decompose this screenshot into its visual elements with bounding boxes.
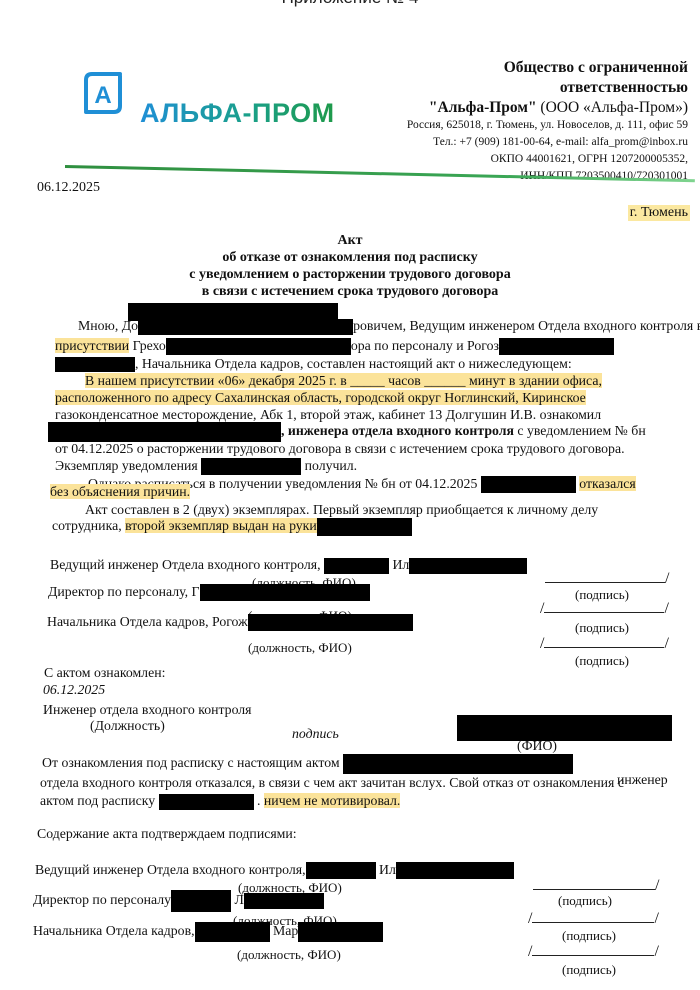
- body-line: , инженера отдела входного контроля с ув…: [48, 422, 646, 442]
- refusal-line: отдела входного контроля отказался, в св…: [40, 775, 624, 791]
- title-line1: Акт: [0, 232, 700, 249]
- company-contacts: Тел.: +7 (909) 181-00-64, e-mail: alfa_p…: [407, 134, 688, 151]
- signature-row: Ведущий инженер Отдела входного контроля…: [35, 862, 514, 879]
- redaction: [128, 303, 338, 321]
- redaction: [457, 715, 672, 741]
- company-line1: Общество с ограниченной: [407, 58, 688, 78]
- caption: (подпись): [562, 962, 616, 978]
- company-logo-text: АЛЬФА-ПРОМ: [140, 98, 335, 129]
- company-name-short: (ООО «Альфа-Пром»): [537, 99, 688, 116]
- refusal-line: От ознакомления под расписку с настоящим…: [42, 754, 573, 774]
- ack-title: С актом ознакомлен:: [44, 665, 165, 681]
- caption: (должность, ФИО): [237, 947, 341, 963]
- body-line: газоконденсатное месторождение, Абк 1, в…: [55, 407, 601, 423]
- body-line: сотрудника, второй экземпляр выдан на ру…: [52, 518, 412, 536]
- signature-line: //: [540, 635, 670, 653]
- body-line: расположенного по адресу Сахалинская обл…: [55, 390, 586, 406]
- confirm-label: Содержание акта подтверждаем подписями:: [37, 826, 297, 842]
- appendix-label: Приложение № 4: [0, 0, 700, 8]
- body-line: присутствии Грехоора по персоналу и Рого…: [55, 338, 614, 355]
- company-name: "Альфа-Пром" (ООО «Альфа-Пром»): [407, 98, 688, 117]
- letter-a-logo-icon: A: [80, 70, 126, 116]
- caption: (подпись): [562, 928, 616, 944]
- body-line: от 04.12.2025 о расторжении трудового до…: [55, 441, 625, 457]
- body-line: Экземпляр уведомления получил.: [55, 458, 357, 475]
- svg-text:A: A: [94, 82, 111, 109]
- signature-line: //: [528, 943, 663, 961]
- ack-sign-caption: подпись: [292, 726, 339, 742]
- body-line: , Начальника Отдела кадров, составлен на…: [55, 356, 572, 372]
- signature-line: //: [540, 600, 670, 618]
- company-name-bold: "Альфа-Пром": [429, 99, 537, 116]
- caption: (подпись): [558, 893, 612, 909]
- signature-row: Начальника Отдела кадров, Мар: [33, 922, 383, 942]
- company-info: Общество с ограниченной ответственностью…: [407, 58, 688, 185]
- signature-row: Директор по персоналу Л: [33, 890, 324, 912]
- signature-line: /: [545, 570, 670, 588]
- refusal-line: актом под расписку . ничем не мотивирова…: [40, 793, 400, 810]
- document-city: г. Тюмень: [628, 205, 690, 221]
- ack-date: 06.12.2025: [43, 682, 105, 698]
- ack-position: Инженер отдела входного контроля: [43, 702, 252, 718]
- signature-line: //: [528, 910, 663, 928]
- title-line4: в связи с истечением срока трудового дог…: [0, 283, 700, 300]
- ack-position-caption: (Должность): [90, 718, 165, 734]
- signature-row: Ведущий инженер Отдела входного контроля…: [50, 557, 527, 574]
- caption: (подпись): [575, 653, 629, 669]
- caption: (подпись): [575, 620, 629, 636]
- signature-row: Начальника Отдела кадров, Рогож: [47, 614, 413, 631]
- company-address: Россия, 625018, г. Тюмень, ул. Новоселов…: [407, 117, 688, 134]
- ack-fio-caption: (ФИО): [517, 738, 557, 754]
- title-line2: об отказе от ознакомления под расписку: [0, 249, 700, 266]
- document-title: Акт об отказе от ознакомления под распис…: [0, 232, 700, 300]
- document-date: 06.12.2025: [37, 180, 100, 196]
- body-line: В нашем присутствии «06» декабря 2025 г.…: [85, 373, 602, 389]
- title-line3: с уведомлением о расторжении трудового д…: [0, 266, 700, 283]
- body-line: Акт составлен в 2 (двух) экземплярах. Пе…: [85, 502, 598, 518]
- caption: (должность, ФИО): [248, 640, 352, 656]
- company-line2: ответственностью: [407, 78, 688, 98]
- company-okpo: ОКПО 44001621, ОГРН 1207200005352,: [407, 151, 688, 168]
- body-line: без объяснения причин.: [50, 484, 190, 500]
- signature-row: Директор по персоналу, Г: [48, 584, 370, 601]
